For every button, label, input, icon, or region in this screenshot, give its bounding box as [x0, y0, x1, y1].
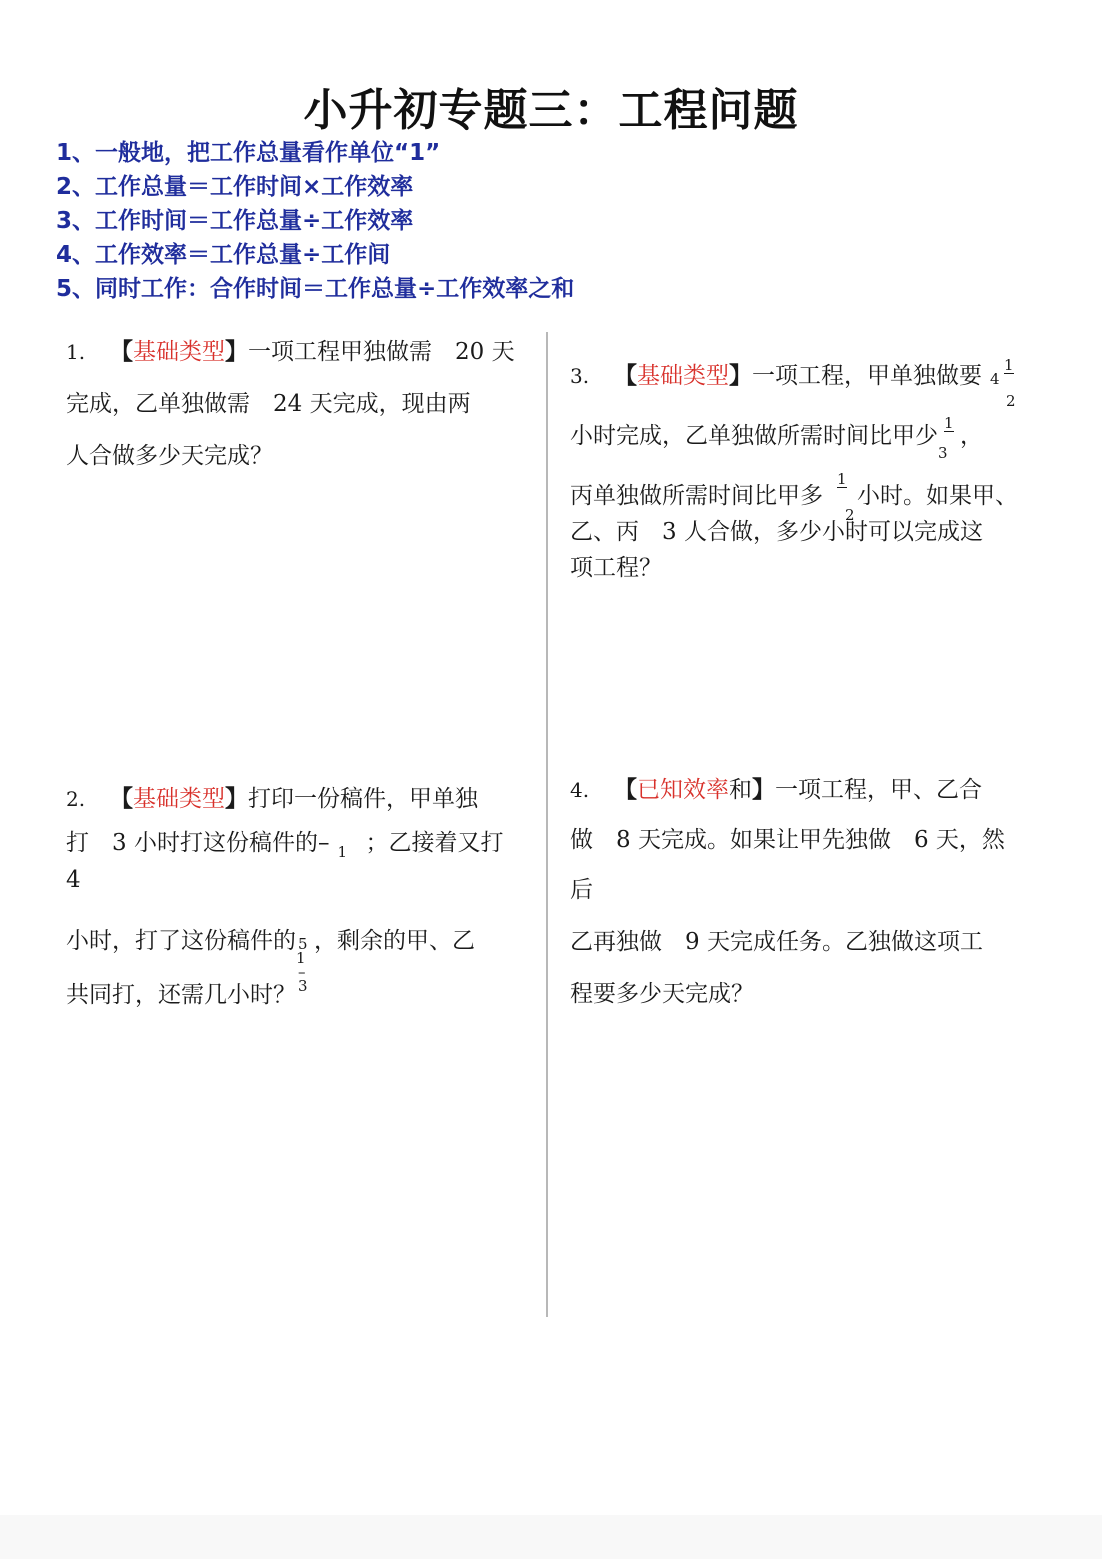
- rule-item: 4、工作效率＝工作总量÷工作间: [56, 238, 574, 272]
- problem-text: 完成，乙单独做需 24 天完成，现由两: [66, 388, 515, 440]
- problem-text: 后: [570, 874, 1005, 926]
- problem-text: 一项工程，甲、乙合: [775, 777, 982, 803]
- problem-text: 人合做多少天完成？: [66, 440, 515, 492]
- page-title: 小升初专题三：工程问题: [0, 74, 1102, 138]
- rule-item: 5、同时工作：合作时间＝工作总量÷工作效率之和: [56, 272, 574, 306]
- problem-tag: 基础类型: [637, 363, 729, 389]
- problem-number: 4.: [570, 774, 614, 806]
- problem-tag: 基础类型: [133, 786, 225, 812]
- fraction-numerator: 1: [837, 471, 847, 488]
- problem-2: 2.【基础类型】打印一份稿件，甲单独 打 3 小时打这份稿件的–1；乙接着又打 …: [66, 783, 503, 1023]
- problem-text: 丙单独做所需时间比甲多: [570, 483, 823, 509]
- rule-item: 2、工作总量＝工作时间×工作效率: [56, 170, 574, 204]
- problem-text: ；乙接着又打: [365, 830, 503, 856]
- problem-text: 打印一份稿件，甲单独: [248, 786, 478, 812]
- problem-number: 3.: [570, 360, 614, 392]
- fraction-denominator: 3: [938, 437, 948, 469]
- problem-text: 程要多少天完成？: [570, 978, 1005, 1030]
- column-divider: [546, 332, 548, 1317]
- formula-rules: 1、一般地，把工作总量看作单位“1” 2、工作总量＝工作时间×工作效率 3、工作…: [56, 136, 574, 306]
- fraction-numerator: 1: [337, 836, 347, 868]
- problem-text: 乙、丙 3 人合做，多少小时可以完成这: [570, 516, 1022, 552]
- problem-text: 项工程？: [570, 552, 1022, 588]
- problem-number: 1.: [66, 336, 110, 368]
- fraction-numerator: 1: [1004, 357, 1014, 374]
- problem-tag: 基础类型: [133, 339, 225, 365]
- rule-item: 3、工作时间＝工作总量÷工作效率: [56, 204, 574, 238]
- page-bottom-edge: [0, 1515, 1102, 1559]
- problem-1: 1.【基础类型】一项工程甲独做需 20 天 完成，乙单独做需 24 天完成，现由…: [66, 336, 515, 492]
- mixed-whole: 4: [990, 363, 1000, 395]
- problem-text: 一项工程甲独做需 20 天: [248, 339, 515, 365]
- problem-text: 小时完成，乙单独做所需时间比甲少: [570, 423, 938, 449]
- problem-4: 4.【已知效率和】一项工程，甲、乙合 做 8 天完成。如果让甲先独做 6 天，然…: [570, 774, 1005, 1030]
- problem-text: 乙再独做 9 天完成任务。乙独做这项工: [570, 926, 1005, 978]
- rule-item: 1、一般地，把工作总量看作单位“1”: [56, 136, 574, 170]
- fraction-denominator: 2: [1006, 385, 1016, 417]
- problem-text: 做 8 天完成。如果让甲先独做 6 天，然: [570, 824, 1005, 874]
- problem-text: 小时，打了这份稿件的: [66, 928, 296, 954]
- problem-tag: 已知效率: [637, 777, 729, 803]
- problem-3: 3.【基础类型】一项工程，甲单独做要412 小时完成，乙单独做所需时间比甲少13…: [570, 360, 1022, 588]
- problem-text: 打 3 小时打这份稿件的–: [66, 830, 329, 856]
- problem-text: 共同打，还需几小时？: [66, 979, 503, 1023]
- problem-text: ，剩余的甲、乙: [314, 928, 475, 954]
- problem-text: ，: [960, 423, 983, 449]
- problem-number: 2.: [66, 783, 110, 815]
- problem-text: 一项工程，甲单独做要: [752, 363, 982, 389]
- problem-text: 小时。如果甲、: [857, 483, 1018, 509]
- fraction-numerator: 1: [944, 415, 954, 432]
- problem-text: 4: [66, 867, 503, 925]
